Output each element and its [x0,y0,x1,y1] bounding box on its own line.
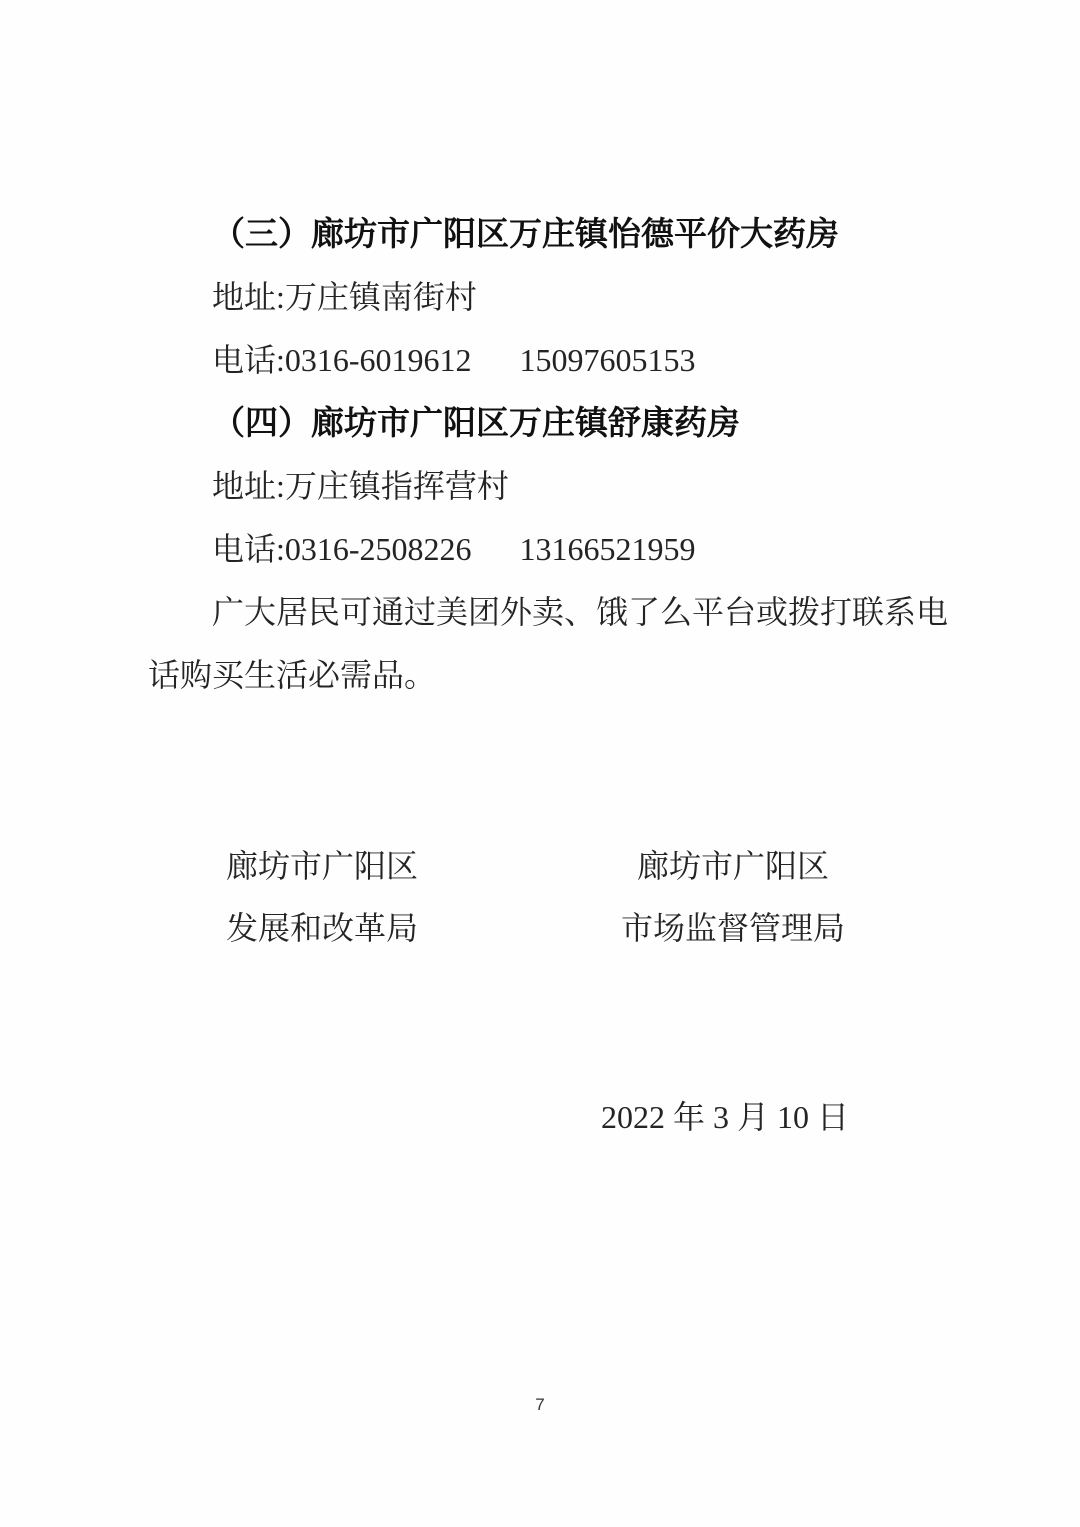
document-body: （三）廊坊市广阳区万庄镇怡德平价大药房 地址:万庄镇南街村 电话:0316-60… [148,200,968,704]
signature-left-line-2: 发展和改革局 [182,895,462,957]
document-page: （三）廊坊市广阳区万庄镇怡德平价大药房 地址:万庄镇南街村 电话:0316-60… [0,0,1080,1527]
section-3-phone-line: 电话:0316-6019612 15097605153 [148,326,968,389]
section-4-heading: （四）廊坊市广阳区万庄镇舒康药房 [148,389,968,452]
signature-right-line-1: 廊坊市广阳区 [593,833,873,895]
notice-paragraph-line-1: 广大居民可通过美团外卖、饿了么平台或拨打联系电 [148,578,968,641]
signature-org-left: 廊坊市广阳区 发展和改革局 [182,833,462,957]
section-3-heading: （三）廊坊市广阳区万庄镇怡德平价大药房 [148,200,968,263]
signature-right-line-2: 市场监督管理局 [593,895,873,957]
section-4-address-line: 地址:万庄镇指挥营村 [148,452,968,515]
signature-left-line-1: 廊坊市广阳区 [182,833,462,895]
document-date: 2022 年 3 月 10 日 [560,1100,890,1134]
signature-org-right: 廊坊市广阳区 市场监督管理局 [593,833,873,957]
page-number: 7 [0,1395,1080,1415]
section-4-phone-line: 电话:0316-2508226 13166521959 [148,515,968,578]
signature-block: 廊坊市广阳区 发展和改革局 廊坊市广阳区 市场监督管理局 [0,833,1080,963]
notice-paragraph-line-2: 话购买生活必需品。 [148,641,968,704]
section-3-address-line: 地址:万庄镇南街村 [148,263,968,326]
